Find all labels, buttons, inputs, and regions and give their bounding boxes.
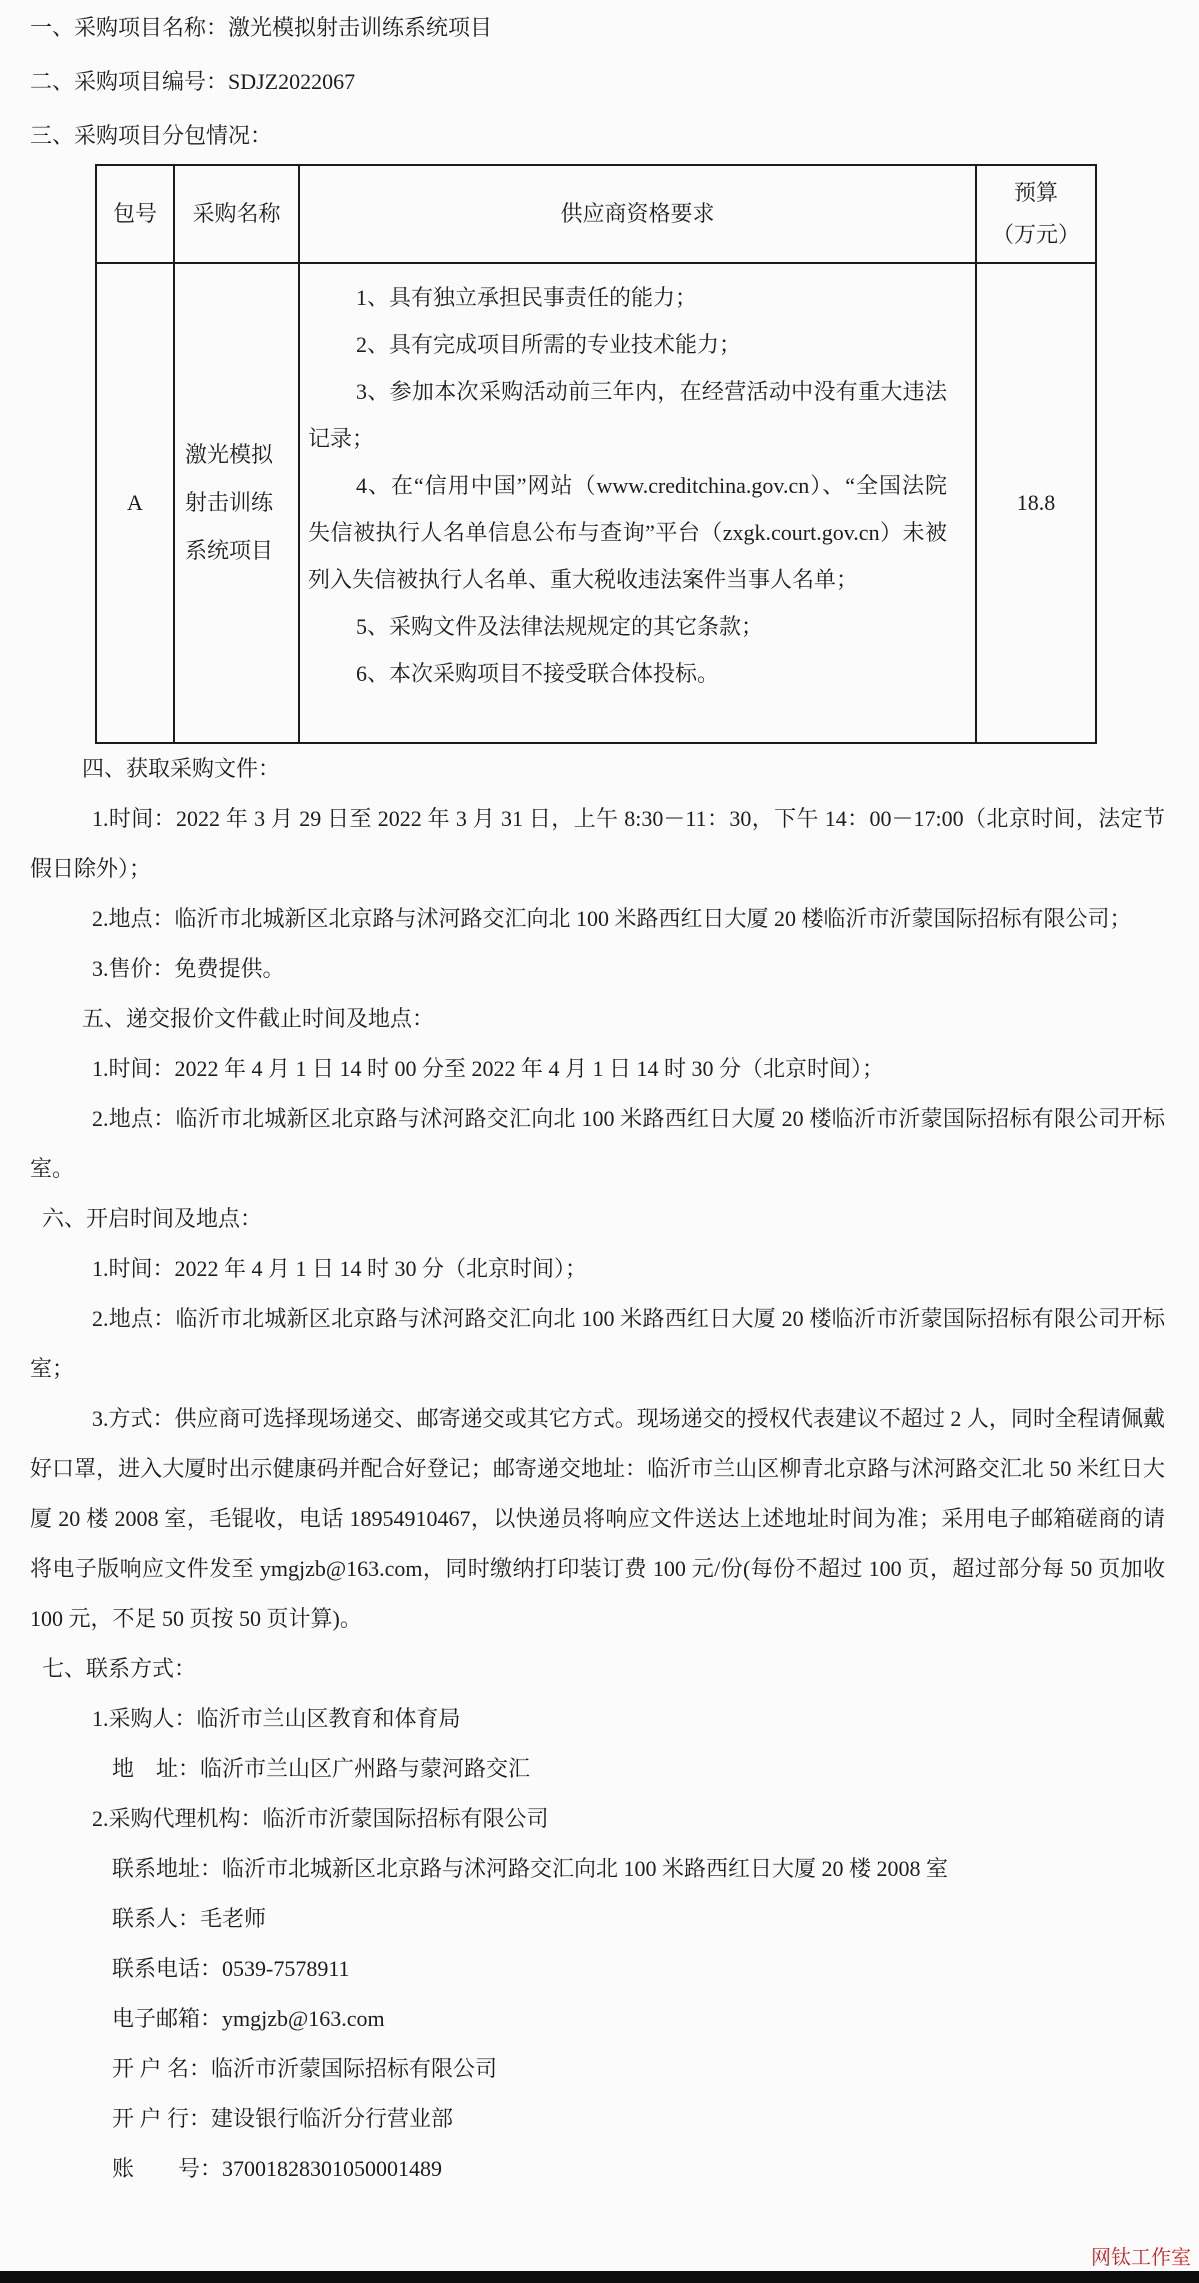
section6-place: 2.地点：临沂市北城新区北京路与沭河路交汇向北 100 米路西红日大厦 20 楼…: [30, 1294, 1165, 1394]
bank-branch: 开 户 行：建设银行临沂分行营业部: [30, 2094, 1165, 2144]
header-package-no: 包号: [96, 165, 174, 263]
header-budget: 预算 （万元）: [976, 165, 1096, 263]
requirement-item: 4、在“信用中国”网站（www.creditchina.gov.cn）、“全国法…: [308, 462, 947, 603]
contact-phone: 联系电话：0539-7578911: [30, 1944, 1165, 1994]
contact-email: 电子邮箱：ymgjzb@163.com: [30, 1994, 1165, 2044]
section5-heading: 五、递交报价文件截止时间及地点：: [30, 994, 1165, 1044]
requirement-item: 3、参加本次采购活动前三年内，在经营活动中没有重大违法记录；: [308, 368, 947, 462]
packages-heading-line: 三、采购项目分包情况：: [30, 110, 1165, 162]
requirement-item: 6、本次采购项目不接受联合体投标。: [308, 650, 947, 697]
requirement-item: 2、具有完成项目所需的专业技术能力；: [308, 321, 947, 368]
cell-purchase-name: 激光模拟射击训练系统项目: [174, 263, 299, 743]
section4-price: 3.售价：免费提供。: [30, 944, 1165, 994]
header-purchase-name: 采购名称: [174, 165, 299, 263]
contact-agency: 2.采购代理机构：临沂市沂蒙国际招标有限公司: [30, 1794, 1165, 1844]
watermark-text: 网钛工作室: [1091, 2247, 1191, 2269]
table-header-row: 包号 采购名称 供应商资格要求 预算 （万元）: [96, 165, 1096, 263]
contact-agency-address: 联系地址：临沂市北城新区北京路与沭河路交汇向北 100 米路西红日大厦 20 楼…: [30, 1844, 1165, 1894]
project-name-line: 一、采购项目名称：激光模拟射击训练系统项目: [30, 2, 1165, 54]
requirement-item: 5、采购文件及法律法规规定的其它条款；: [308, 603, 947, 650]
section4-heading: 四、获取采购文件：: [30, 744, 1165, 794]
project-number-line: 二、采购项目编号：SDJZ2022067: [30, 56, 1165, 108]
section6-heading: 六、开启时间及地点：: [30, 1194, 1165, 1244]
section5-time: 1.时间：2022 年 4 月 1 日 14 时 00 分至 2022 年 4 …: [30, 1044, 1165, 1094]
bank-account-number: 账 号：37001828301050001489: [30, 2144, 1165, 2194]
cell-budget: 18.8: [976, 263, 1096, 743]
header-budget-line1: 预算: [978, 172, 1094, 214]
header-supplier-qualification: 供应商资格要求: [299, 165, 976, 263]
procurement-announcement-page: { "document": { "intro": [ "一、采购项目名称：激光模…: [0, 0, 1199, 2283]
bottom-black-bar: [0, 2271, 1199, 2283]
document-content: 一、采购项目名称：激光模拟射击训练系统项目 二、采购项目编号：SDJZ20220…: [0, 0, 1199, 2194]
header-budget-line2: （万元）: [978, 214, 1094, 256]
section4-time: 1.时间：2022 年 3 月 29 日至 2022 年 3 月 31 日，上午…: [30, 794, 1165, 894]
cell-supplier-qualification: 1、具有独立承担民事责任的能力； 2、具有完成项目所需的专业技术能力； 3、参加…: [299, 263, 976, 743]
section5-place: 2.地点：临沂市北城新区北京路与沭河路交汇向北 100 米路西红日大厦 20 楼…: [30, 1094, 1165, 1194]
table-row: A 激光模拟射击训练系统项目 1、具有独立承担民事责任的能力； 2、具有完成项目…: [96, 263, 1096, 743]
packages-table: 包号 采购名称 供应商资格要求 预算 （万元） A 激光模拟射击训练系统项目 1…: [95, 164, 1097, 744]
contact-person: 联系人：毛老师: [30, 1894, 1165, 1944]
section6-time: 1.时间：2022 年 4 月 1 日 14 时 30 分（北京时间）；: [30, 1244, 1165, 1294]
cell-package-no: A: [96, 263, 174, 743]
section6-method: 3.方式：供应商可选择现场递交、邮寄递交或其它方式。现场递交的授权代表建议不超过…: [30, 1394, 1165, 1644]
requirement-item: 1、具有独立承担民事责任的能力；: [308, 274, 947, 321]
contact-purchaser-address: 地 址：临沂市兰山区广州路与蒙河路交汇: [30, 1744, 1165, 1794]
section7-heading: 七、联系方式：: [30, 1644, 1165, 1694]
section4-place: 2.地点：临沂市北城新区北京路与沭河路交汇向北 100 米路西红日大厦 20 楼…: [30, 894, 1165, 944]
contact-purchaser: 1.采购人：临沂市兰山区教育和体育局: [30, 1694, 1165, 1744]
bank-account-name: 开 户 名：临沂市沂蒙国际招标有限公司: [30, 2044, 1165, 2094]
